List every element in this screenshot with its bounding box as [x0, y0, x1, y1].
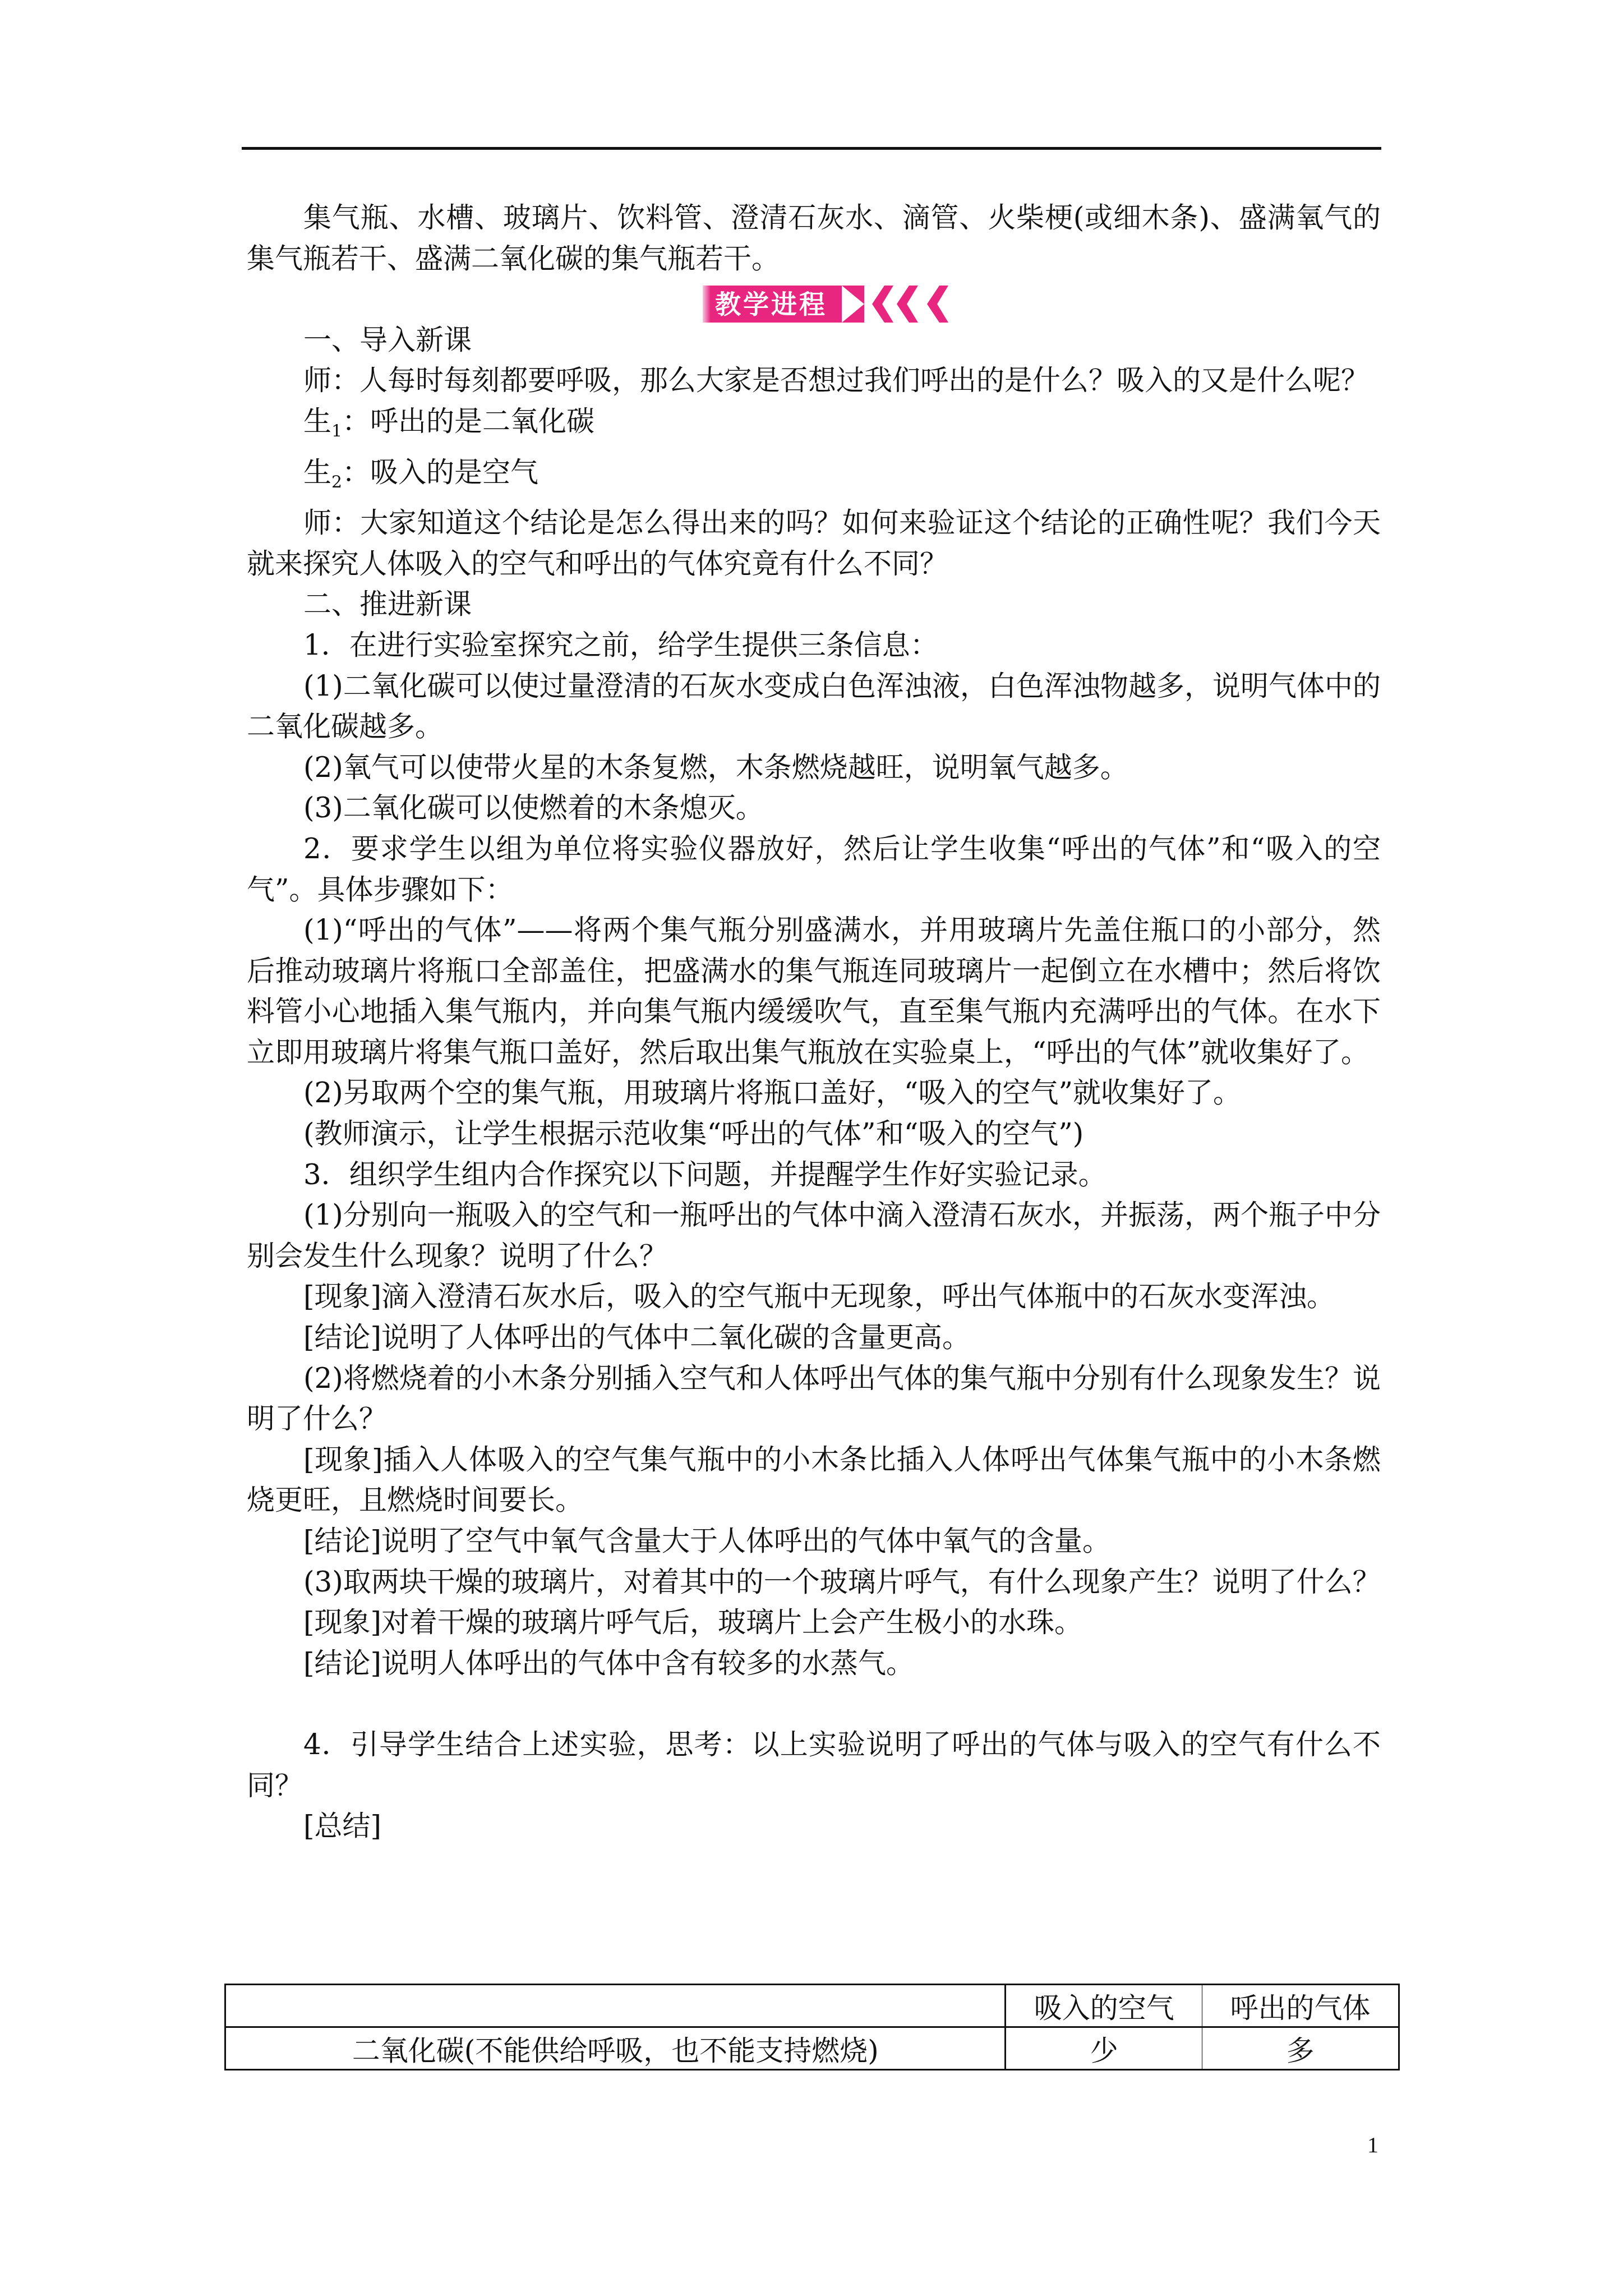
triple-chevron-left-icon	[872, 286, 895, 323]
student-label: 生	[303, 456, 331, 489]
section1-heading: 一、导入新课	[247, 320, 1381, 361]
student-subscript: 1	[331, 421, 342, 441]
question-3: (3)取两块干燥的玻璃片，对着其中的一个玻璃片呼气，有什么现象产生？说明了什么？	[247, 1562, 1381, 1603]
table-cell: 二氧化碳(不能供给呼吸，也不能支持燃烧)	[225, 2027, 1006, 2070]
student-answer: ：呼出的是二氧化碳	[342, 405, 594, 438]
conclusion-3: [结论]说明人体呼出的气体中含有较多的水蒸气。	[247, 1643, 1381, 1684]
item-2-note: (教师演示，让学生根据示范收集“呼出的气体”和“吸入的空气”)	[247, 1114, 1381, 1154]
table-header-cell	[225, 1985, 1006, 2027]
header-rule	[242, 147, 1381, 150]
section2-heading: 二、推进新课	[247, 584, 1381, 625]
item-1-info-1: (1)二氧化碳可以使过量澄清的石灰水变成白色浑浊液，白色浑浊物越多，说明气体中的…	[247, 666, 1381, 747]
teacher-line-1: 师：人每时每刻都要呼吸，那么大家是否想过我们呼出的是什么？吸入的又是什么呢？	[247, 360, 1381, 401]
phenomenon-2: [现象]插入人体吸入的空气集气瓶中的小木条比插入人体呼出气体集气瓶中的小木条燃烧…	[247, 1439, 1381, 1521]
summary-label: [总结]	[247, 1806, 1381, 1847]
item-1: 1．在进行实验室探究之前，给学生提供三条信息：	[247, 625, 1381, 666]
item-1-info-3: (3)二氧化碳可以使燃着的木条熄灭。	[247, 788, 1381, 829]
item-3: 3．组织学生组内合作探究以下问题，并提醒学生作好实验记录。	[247, 1154, 1381, 1195]
item-2-step-2: (2)另取两个空的集气瓶，用玻璃片将瓶口盖好，“吸入的空气”就收集好了。	[247, 1073, 1381, 1114]
item-1-info-2: (2)氧气可以使带火星的木条复燃，木条燃烧越旺，说明氧气越多。	[247, 747, 1381, 788]
section-banner: 教学进程	[703, 286, 949, 323]
item-2: 2．要求学生以组为单位将实验仪器放好，然后让学生收集“呼出的气体”和“吸入的空气…	[247, 829, 1381, 910]
phenomenon-1: [现象]滴入澄清石灰水后，吸入的空气瓶中无现象，呼出气体瓶中的石灰水变浑浊。	[247, 1276, 1381, 1317]
table-header-row: 吸入的空气 呼出的气体	[225, 1985, 1399, 2027]
banner-arrow-tip	[842, 286, 864, 323]
item-4: 4．引导学生结合上述实验，思考：以上实验说明了呼出的气体与吸入的空气有什么不同？	[247, 1724, 1381, 1806]
table-cell: 多	[1202, 2027, 1399, 2070]
question-1: (1)分别向一瓶吸入的空气和一瓶呼出的气体中滴入澄清石灰水，并振荡，两个瓶子中分…	[247, 1195, 1381, 1276]
page-number: 1	[1367, 2132, 1378, 2158]
student-subscript: 2	[331, 472, 342, 492]
chevron-left-icon	[897, 286, 919, 323]
question-2: (2)将燃烧着的小木条分别插入空气和人体呼出气体的集气瓶中分别有什么现象发生？说…	[247, 1358, 1381, 1439]
banner-line: 教学进程	[247, 279, 1381, 320]
student-label: 生	[303, 405, 331, 438]
table-header-cell: 呼出的气体	[1202, 1985, 1399, 2027]
student-line-1: 生1：呼出的是二氧化碳	[247, 401, 1381, 452]
spacer	[247, 1683, 1381, 1724]
table-header-cell: 吸入的空气	[1006, 1985, 1202, 2027]
page-content: 集气瓶、水槽、玻璃片、饮料管、澄清石灰水、滴管、火柴梗(或细木条)、盛满氧气的集…	[247, 197, 1381, 1847]
phenomenon-3: [现象]对着干燥的玻璃片呼气后，玻璃片上会产生极小的水珠。	[247, 1602, 1381, 1643]
conclusion-1: [结论]说明了人体呼出的气体中二氧化碳的含量更高。	[247, 1317, 1381, 1358]
summary-table: 吸入的空气 呼出的气体 二氧化碳(不能供给呼吸，也不能支持燃烧) 少 多	[224, 1984, 1400, 2070]
item-2-step-1: (1)“呼出的气体”——将两个集气瓶分别盛满水，并用玻璃片先盖住瓶口的小部分，然…	[247, 910, 1381, 1073]
teacher-line-2: 师：大家知道这个结论是怎么得出来的吗？如何来验证这个结论的正确性呢？我们今天就来…	[247, 503, 1381, 584]
chevron-left-icon	[927, 286, 949, 323]
student-line-2: 生2：吸入的是空气	[247, 452, 1381, 503]
conclusion-2: [结论]说明了空气中氧气含量大于人体呼出的气体中氧气的含量。	[247, 1521, 1381, 1562]
materials-paragraph: 集气瓶、水槽、玻璃片、饮料管、澄清石灰水、滴管、火柴梗(或细木条)、盛满氧气的集…	[247, 197, 1381, 279]
student-answer: ：吸入的是空气	[342, 456, 538, 489]
table-cell: 少	[1006, 2027, 1202, 2070]
banner-title: 教学进程	[703, 286, 842, 323]
table-row: 二氧化碳(不能供给呼吸，也不能支持燃烧) 少 多	[225, 2027, 1399, 2070]
